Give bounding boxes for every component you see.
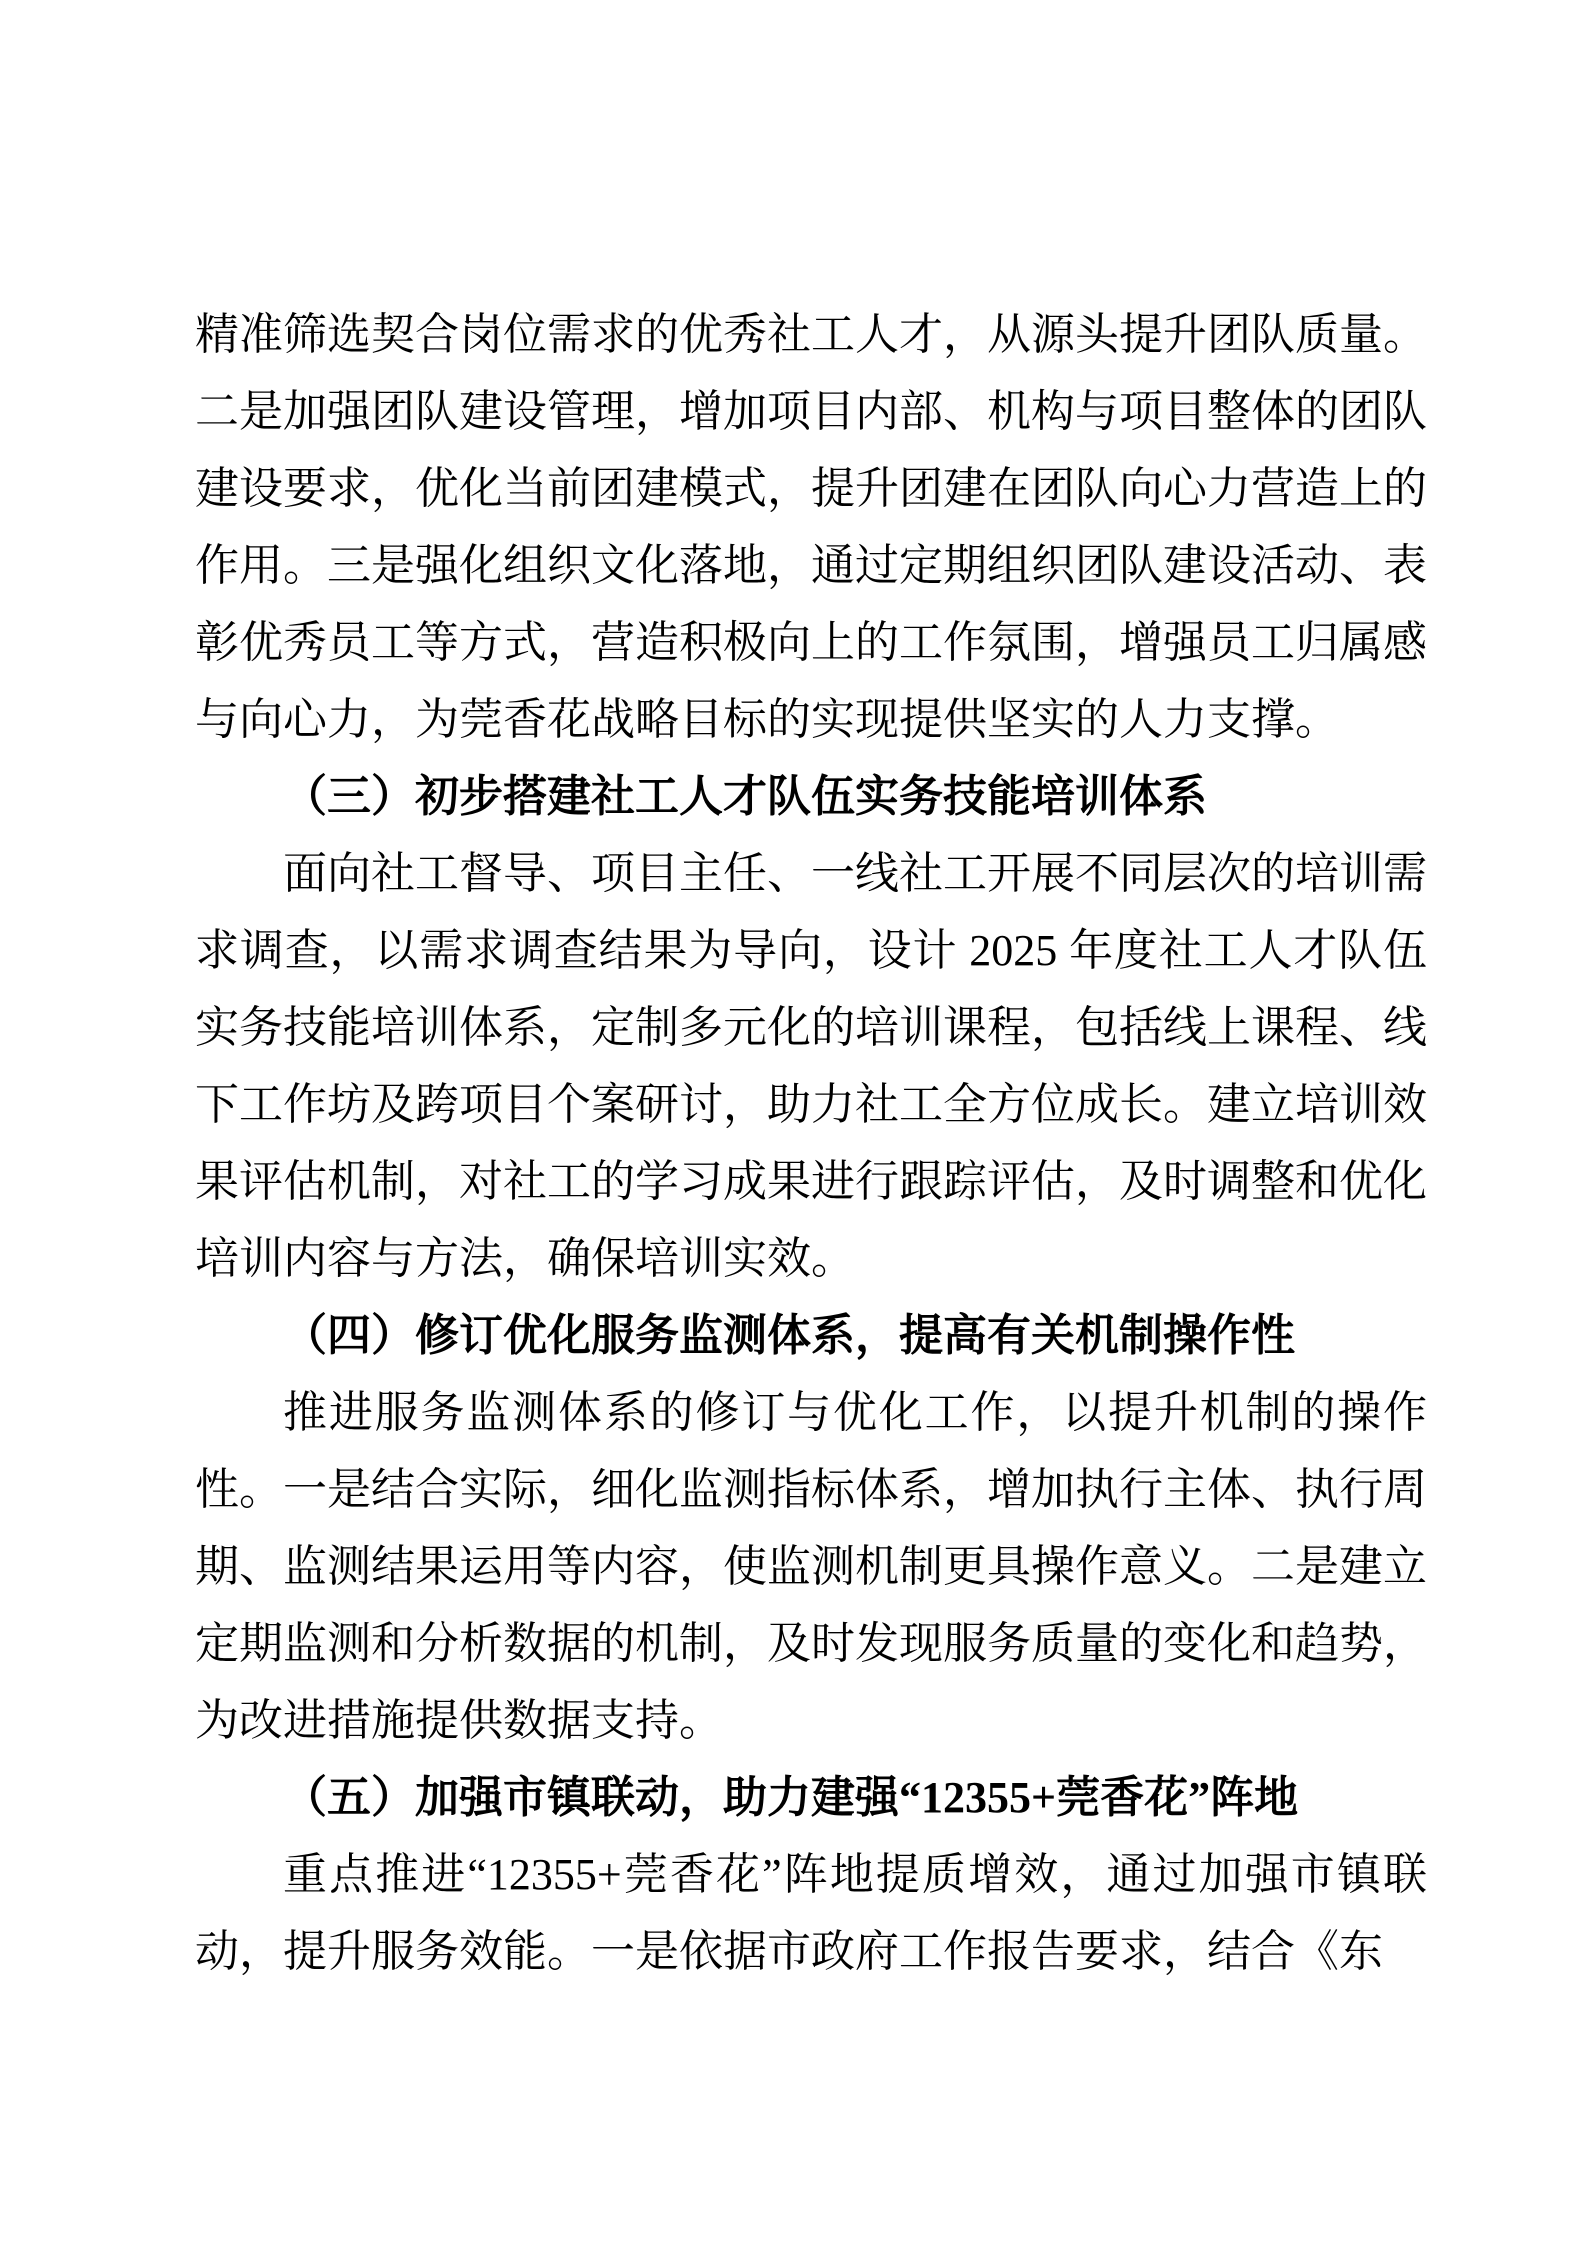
body-paragraph-continuation: 精准筛选契合岗位需求的优秀社工人才，从源头提升团队质量。二是加强团队建设管理，增… [195, 296, 1427, 758]
body-paragraph-training-system: 面向社工督导、项目主任、一线社工开展不同层次的培训需求调查，以需求调查结果为导向… [195, 835, 1427, 1297]
section-heading-3: （三）初步搭建社工人才队伍实务技能培训体系 [195, 758, 1427, 835]
body-paragraph-monitoring-system: 推进服务监测体系的修订与优化工作，以提升机制的操作性。一是结合实际，细化监测指标… [195, 1374, 1427, 1759]
section-heading-5: （五）加强市镇联动，助力建强“12355+莞香花”阵地 [195, 1759, 1427, 1836]
section-heading-4: （四）修订优化服务监测体系，提高有关机制操作性 [195, 1297, 1427, 1374]
document-page: 精准筛选契合岗位需求的优秀社工人才，从源头提升团队质量。二是加强团队建设管理，增… [0, 0, 1587, 2245]
body-paragraph-city-town-linkage: 重点推进“12355+莞香花”阵地提质增效，通过加强市镇联动，提升服务效能。一是… [195, 1836, 1427, 1990]
